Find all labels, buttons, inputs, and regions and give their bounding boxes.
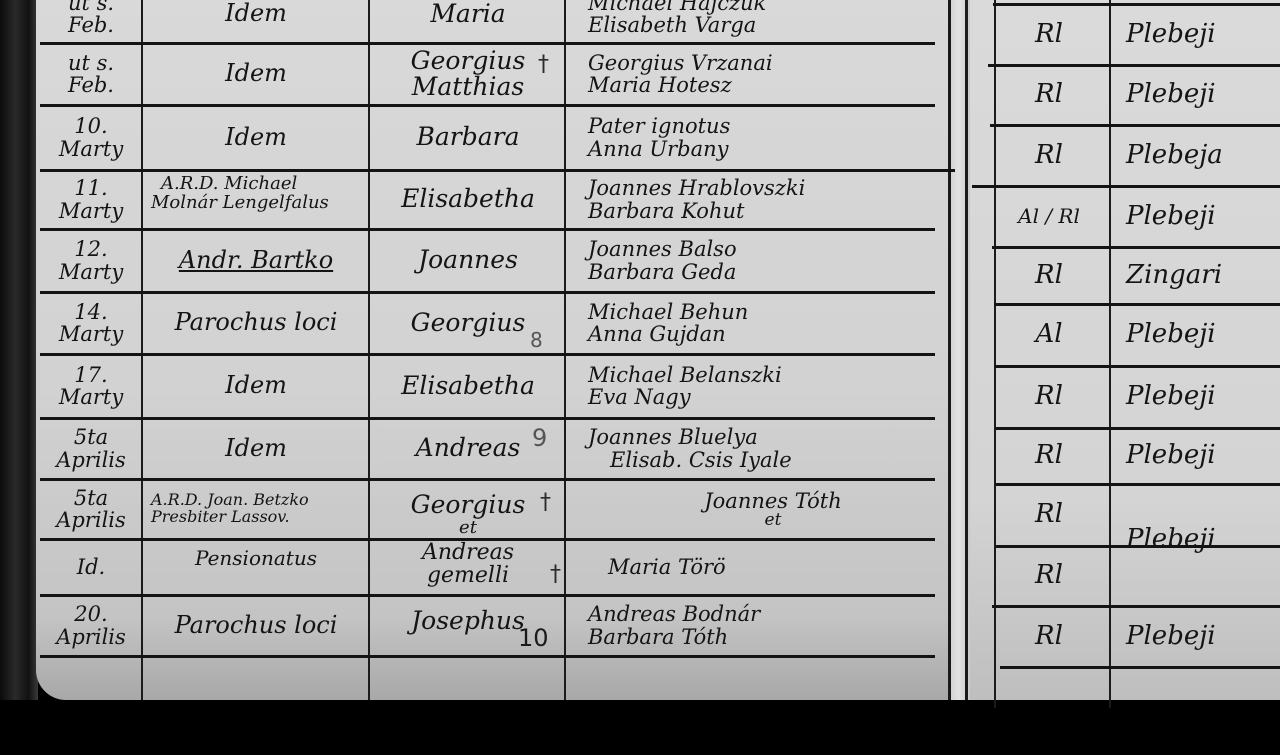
entry-status: Plebeji [1112,6,1280,64]
entry-religion: Al [990,305,1108,365]
entry-baptizer: Idem [145,419,367,478]
entry-religion: Rl [990,485,1108,545]
entry-parents: Michael HajczukElisabeth Varga [570,0,958,42]
entry-status [1112,547,1280,605]
entry-religion: Rl [990,248,1108,303]
entry-status: Plebeji [1112,187,1280,246]
entry-parents: Michael BehunAnna Gujdan [570,293,958,353]
entry-baptizer: A.R.D. MichaelMolnár Lengelfalus [145,160,373,228]
entry-date: Id. [40,540,142,594]
register-scan: ut s.Feb. Idem Maria Michael HajczukElis… [0,0,1280,755]
entry-status: Plebeji [1112,305,1280,365]
entry-baptizer: Parochus loci [145,293,367,353]
entry-date: 11.Marty [40,171,142,228]
entry-parents: Joannes HrablovszkiBarbara Kohut [570,171,958,228]
entry-status: Plebeji [1112,367,1280,427]
entry-religion: Rl [990,429,1108,483]
entry-child-name: Barbara [372,106,564,169]
entry-parents: Pater ignotusAnna Urbany [570,106,958,169]
entry-parents: Georgius VrzanaiMaria Hotesz [570,44,958,104]
entry-parents: Michael BelanszkiEva Nagy [570,355,958,417]
entry-child-name: Andreasgemelli [372,534,564,594]
entry-child-name: Elisabetha [372,171,564,228]
deceased-cross-mark: † [550,562,561,587]
entry-status: Plebeji [1112,429,1280,483]
entry-date: 10.Marty [40,106,142,169]
entry-baptizer: Idem [145,44,367,104]
entry-religion: Rl [990,607,1108,666]
entry-date: ut s.Feb. [40,0,142,42]
book-binding [0,0,38,705]
entry-baptizer: Idem [145,0,367,42]
scan-shadow [0,700,1280,755]
pencil-note-number: 10 [518,624,549,652]
entry-status: Plebeji [1112,66,1280,124]
deceased-cross-mark: † [538,52,549,77]
entry-religion: Rl [990,66,1108,124]
rule-religion [1109,0,1111,708]
entry-parents: Andreas BodnárBarbara Tóth [570,596,958,655]
entry-baptizer: Idem [145,355,367,417]
entry-baptizer: Parochus loci [145,596,367,655]
entry-status: Plebeji [1112,607,1280,666]
entry-date: 17.Marty [40,355,142,417]
entry-religion: Rl [990,367,1108,427]
entry-parents: Maria Törö [570,540,958,594]
entry-date: 12.Marty [40,230,142,291]
entry-child-name: Joannes [372,230,564,291]
entry-religion: Al / Rl [990,187,1108,246]
entry-religion: Rl [990,126,1108,185]
entry-date: 5taAprilis [40,419,142,478]
entry-religion: Rl [990,6,1108,64]
entry-child-name: Maria [372,0,564,42]
entry-baptizer: Pensionatus [145,534,367,582]
entry-child-name: GeorgiusMatthias [372,44,564,104]
entry-status: Zingari [1112,248,1280,303]
row-rule [1000,666,1280,669]
deceased-cross-mark: † [540,490,551,515]
entry-date: ut s.Feb. [40,44,142,104]
entry-date: 14.Marty [40,293,142,353]
entry-status: Plebeja [1112,126,1280,185]
entry-parents: Joannes Tóthet [570,478,958,542]
entry-date: 20.Aprilis [40,596,142,655]
gutter-rule-right [965,0,968,700]
row-rule [40,655,935,658]
pencil-note-number: 9 [532,424,547,452]
entry-parents: Joannes BalsoBarbara Geda [570,230,958,291]
entry-parents: Joannes BluelyaElisab. Csis Iyale [570,419,958,478]
entry-baptizer: A.R.D. Joan. BetzkoPresbiter Lassov. [145,480,373,538]
entry-child-name: Elisabetha [372,355,564,417]
entry-religion: Rl [990,547,1108,605]
entry-baptizer: Andr. Bartko [145,230,367,291]
entry-date: 5taAprilis [40,480,142,538]
pencil-note-number: 8 [530,328,543,352]
